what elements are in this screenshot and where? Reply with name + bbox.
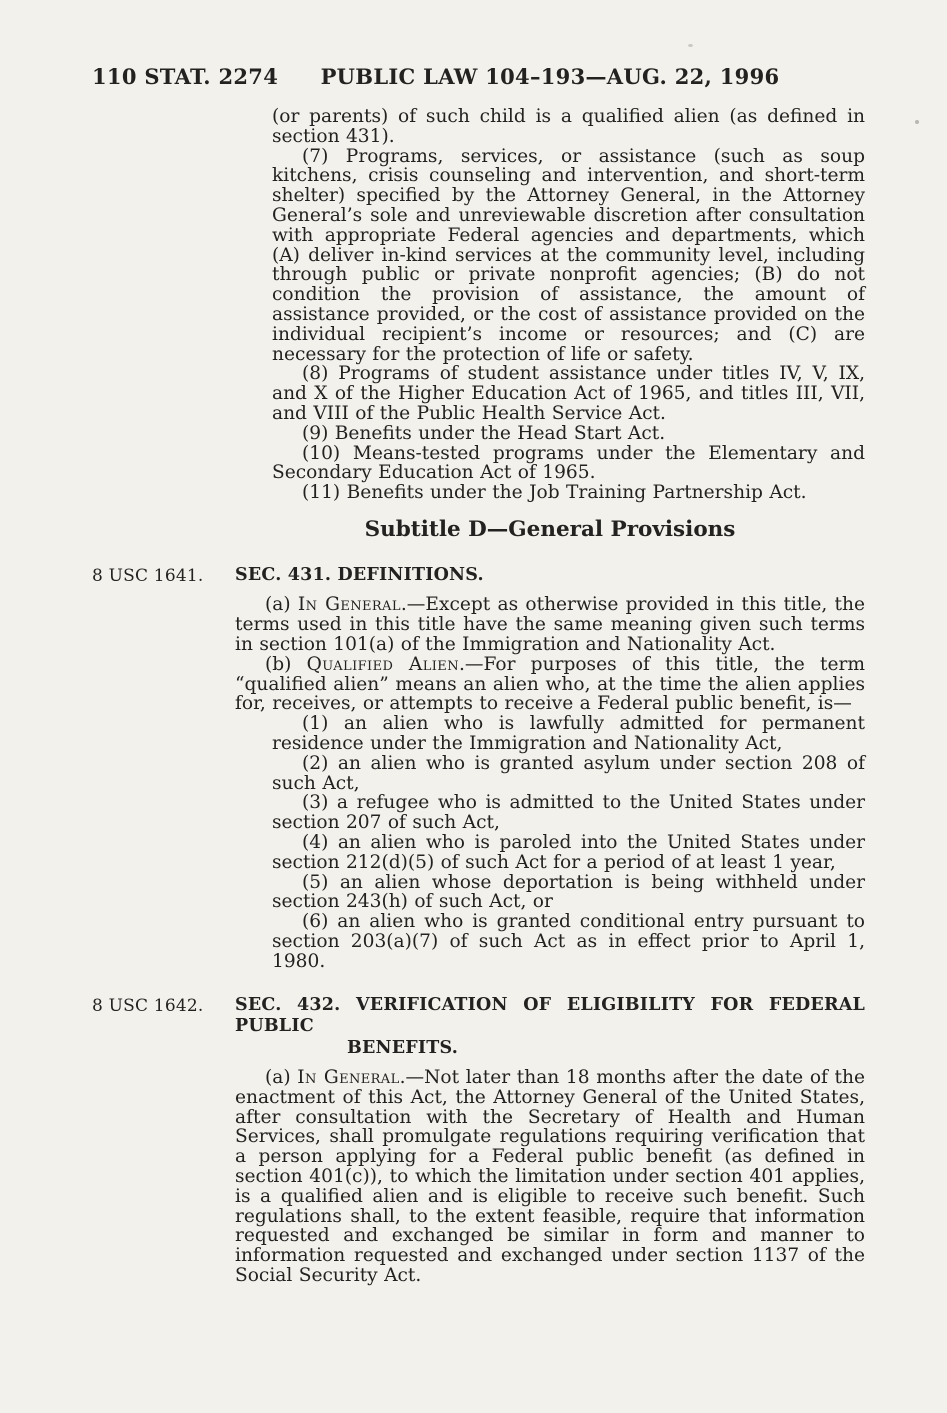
- section-heading: SEC. 431. DEFINITIONS.8 USC 1641.: [235, 565, 865, 587]
- body-paragraph: (4) an alien who is paroled into the Uni…: [235, 833, 865, 873]
- law-running-head: PUBLIC LAW 104–193—AUG. 22, 1996: [235, 64, 865, 89]
- usc-margin-note: 8 USC 1642.: [92, 996, 227, 1016]
- body-paragraph: (9) Benefits under the Head Start Act.: [235, 424, 865, 444]
- text-run: .—Not later than 18 months after the dat…: [235, 1067, 865, 1286]
- text-run: (10) Means-tested programs under the Ele…: [272, 443, 865, 484]
- statute-content: (or parents) of such child is a qualifie…: [235, 107, 865, 1286]
- body-paragraph: (1) an alien who is lawfully admitted fo…: [235, 714, 865, 754]
- section-heading-line: SEC. 432. VERIFICATION OF ELIGIBILITY FO…: [235, 995, 865, 1038]
- text-run: (8) Programs of student assistance under…: [272, 363, 865, 424]
- text-run: (7) Programs, services, or assistance (s…: [272, 146, 865, 365]
- body-paragraph: (8) Programs of student assistance under…: [235, 364, 865, 423]
- text-run: (11) Benefits under the Job Training Par…: [302, 482, 807, 503]
- text-run: (or parents) of such child is a qualifie…: [272, 106, 865, 147]
- small-caps-run: Qualified Alien: [307, 654, 459, 675]
- section-heading-line: BENEFITS.: [235, 1038, 865, 1060]
- body-paragraph: (6) an alien who is granted conditional …: [235, 912, 865, 971]
- section-heading-line: SEC. 431. DEFINITIONS.: [235, 565, 865, 587]
- body-paragraph: (a) In General.—Except as otherwise prov…: [235, 595, 865, 654]
- small-caps-run: In General: [297, 1067, 399, 1088]
- body-paragraph: (7) Programs, services, or assistance (s…: [235, 147, 865, 365]
- text-run: (4) an alien who is paroled into the Uni…: [272, 832, 865, 873]
- scan-speck: [838, 1208, 841, 1211]
- text-run: (3) a refugee who is admitted to the Uni…: [272, 792, 865, 833]
- text-run: (b): [265, 654, 307, 675]
- text-run: (a): [265, 594, 298, 615]
- text-run: (5) an alien whose deportation is being …: [272, 872, 865, 913]
- small-caps-run: In General: [298, 594, 401, 615]
- body-paragraph: (b) Qualified Alien.—For purposes of thi…: [235, 655, 865, 714]
- body-paragraph: (11) Benefits under the Job Training Par…: [235, 483, 865, 503]
- text-run: (6) an alien who is granted conditional …: [272, 911, 865, 972]
- text-run: (1) an alien who is lawfully admitted fo…: [272, 713, 865, 754]
- body-paragraph: (2) an alien who is granted asylum under…: [235, 754, 865, 794]
- body-paragraph: (a) In General.—Not later than 18 months…: [235, 1068, 865, 1286]
- text-run: (2) an alien who is granted asylum under…: [272, 753, 865, 794]
- body-paragraph: (5) an alien whose deportation is being …: [235, 873, 865, 913]
- text-run: (9) Benefits under the Head Start Act.: [302, 423, 665, 444]
- subtitle-heading: Subtitle D—General Provisions: [235, 517, 865, 542]
- text-run: (a): [265, 1067, 297, 1088]
- usc-margin-note: 8 USC 1641.: [92, 566, 227, 586]
- body-paragraph: (3) a refugee who is admitted to the Uni…: [235, 793, 865, 833]
- scan-speck: [688, 44, 693, 47]
- body-paragraph: (10) Means-tested programs under the Ele…: [235, 444, 865, 484]
- body-paragraph: (or parents) of such child is a qualifie…: [235, 107, 865, 147]
- section-heading: SEC. 432. VERIFICATION OF ELIGIBILITY FO…: [235, 995, 865, 1060]
- scan-speck: [915, 120, 919, 124]
- statute-page: 110 STAT. 2274 PUBLIC LAW 104–193—AUG. 2…: [0, 0, 947, 1413]
